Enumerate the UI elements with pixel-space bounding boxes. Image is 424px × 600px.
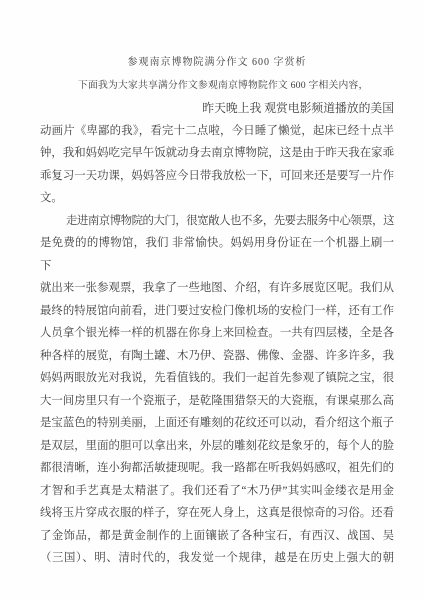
text-line: 人员拿个银光棒一样的机器在你身上来回检查。一共有四层楼，全是各 — [40, 322, 394, 345]
text-line: （三国）、明、清时代的，我发觉一个规律，越是在历史上强大的朝 — [40, 547, 394, 570]
text-line: 钟，我和妈妈吃完早午饭就动身去南京博物院，这是由于昨天我在家乖 — [40, 142, 394, 165]
text-line: 线将玉片穿成衣服的样子，穿在死人身上，这真是很惊奇的习俗。还看 — [40, 502, 394, 525]
text-line: 种各样的展览，有陶土罐、木乃伊、瓷器、佛像、金器、许多许多，我 — [40, 345, 394, 368]
text-line: 昨天晚上我 观赏电影频道播放的美国 — [40, 97, 394, 120]
text-line: 就出来一张参观票，我拿了一些地图、介绍，有许多展览区呢。我们从 — [40, 277, 394, 300]
text-line: 走进南京博物院的大门，很宽敞人也不多，先要去服务中心领票，这 — [40, 210, 394, 233]
text-line: 大一间房里只有一个瓷瓶子，是乾隆围猎祭天的大瓷瓶，有课桌那么高 — [40, 390, 394, 413]
text-line: 动画片《卑鄙的我》，看完十二点啦，今日睡了懒觉，起床已经十点半 — [40, 120, 394, 143]
text-line: 最终的特展馆向前看，进门要过安检门像机场的安检门一样，还有工作 — [40, 300, 394, 323]
essay-title: 参观南京博物院满分作文 600 字赏析 — [40, 52, 394, 75]
text-line: 都很清晰，连小狗都活敏捷现呢。我一路都在听我妈妈感叹，祖先们的 — [40, 457, 394, 480]
text-line: 是双层，里面的胆可以拿出来，外层的雕刻花纹是象牙的，每个人的脸 — [40, 435, 394, 458]
text-line: 是免费的的博物馆，我们 非常愉快。妈妈用身份证在一个机器上刷一下 — [40, 232, 394, 277]
text-line: 是宝蓝色的特别美丽，上面还有雕刻的花纹还可以动，看介绍这个瓶子 — [40, 412, 394, 435]
document-page: 参观南京博物院满分作文 600 字赏析 下面我为大家共享满分作文参观南京博物院作… — [0, 0, 424, 600]
text-line: 才智和手艺真是太精湛了。我们还看了“木乃伊”其实叫金缕衣是用金 — [40, 480, 394, 503]
text-line: 文。 — [40, 187, 394, 210]
text-line: 乖复习一天功课，妈妈答应今日带我放松一下，可回来还是要写一片作 — [40, 165, 394, 188]
text-line: 了金饰品，都是黄金制作的上面镶嵌了各种宝石，有西汉、战国、吴 — [40, 525, 394, 548]
text-line: 下面我为大家共享满分作文参观南京博物院作文 600 字相关内容， — [40, 75, 394, 98]
text-line: 妈妈两眼放光对我说，先看值钱的。我们一起首先参观了镇院之宝，很 — [40, 367, 394, 390]
